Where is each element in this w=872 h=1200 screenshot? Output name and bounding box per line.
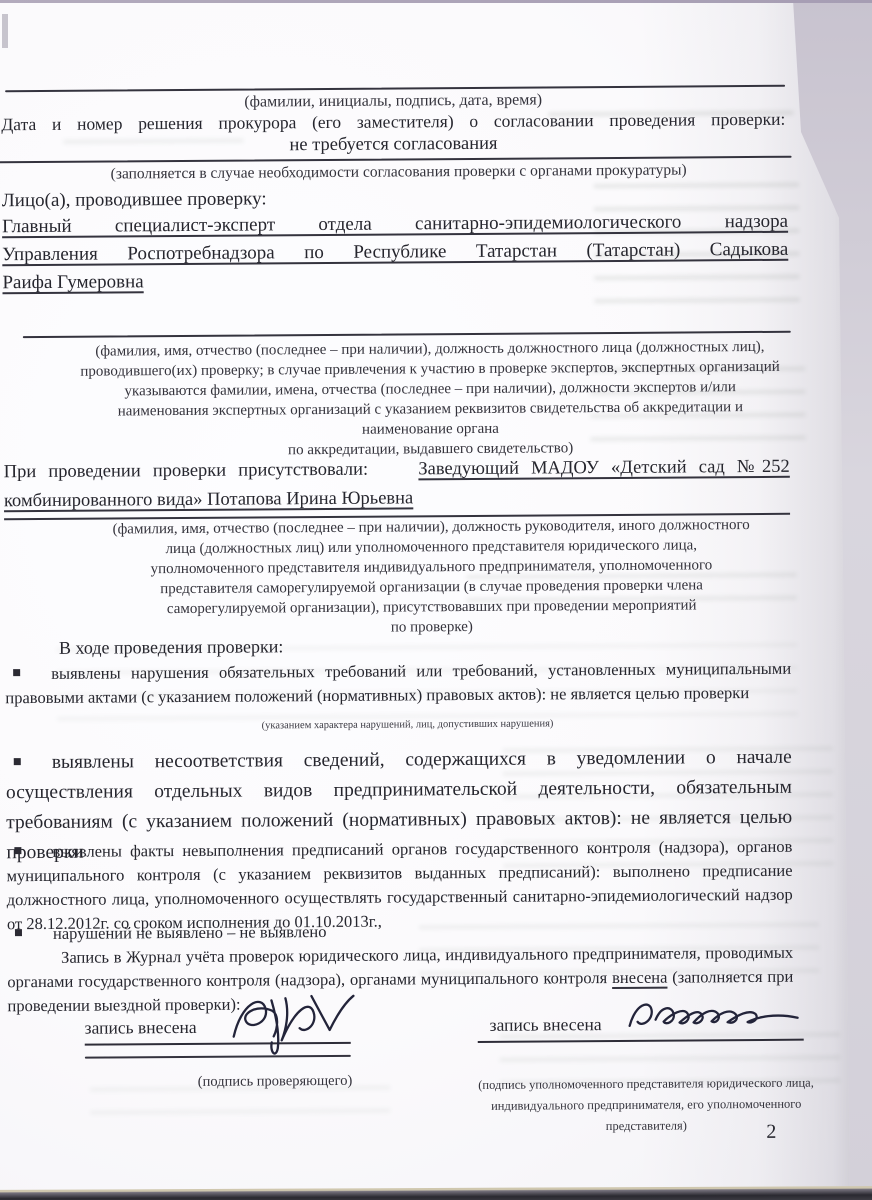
journal-entered-word: внесена — [612, 968, 667, 987]
ruled-line — [85, 1055, 351, 1059]
bullet-icon — [14, 758, 21, 765]
inspector-caption: (фамилия, имя, отчество (последнее – при… — [15, 336, 846, 462]
record-entered-label: запись внесена — [478, 1014, 602, 1035]
inspector-value-line3: Раифа Гумеровна — [2, 271, 143, 294]
bullet-icon — [13, 669, 20, 676]
document-content: (фамилии, инициалы, подпись, дата, время… — [0, 0, 872, 1200]
present-label: При проведении проверки присутствовали: — [4, 460, 369, 483]
finding-violations: выявлены нарушения обязательных требован… — [5, 657, 791, 710]
prosecutor-caption: (заполняется в случае необходимости согл… — [0, 161, 804, 185]
bullet-icon — [14, 847, 21, 854]
inspector-signature — [227, 988, 357, 1055]
caption-line: индивидуального предпринимателя, его упо… — [460, 1093, 832, 1117]
bullet-icon — [15, 929, 22, 936]
violations-caption: (указанием характера нарушений, лиц, доп… — [0, 717, 818, 734]
representative-signature — [625, 991, 801, 1036]
caption-line: (подпись уполномоченного представителя ю… — [460, 1072, 832, 1096]
left-signature-caption: (подпись проверяющего) — [100, 1072, 450, 1091]
inspector-value-line2: Управления Роспотребнадзора по Республик… — [2, 239, 788, 266]
present-paragraph: При проведении проверки присутствовали: … — [4, 453, 790, 520]
present-caption: (фамилия, имя, отчество (последнее – при… — [16, 514, 847, 640]
finding-text: выявлены нарушения обязательных требован… — [5, 657, 791, 710]
caption-line: представителя) — [460, 1114, 832, 1138]
inspector-label: Лицо(а), проводившее проверку: — [2, 188, 267, 212]
prosecutor-decision-value: не требуется согласования — [0, 132, 794, 159]
scanned-document-page: (фамилии, инициалы, подпись, дата, время… — [0, 0, 872, 1200]
right-signature-caption: (подпись уполномоченного представителя ю… — [460, 1072, 832, 1138]
record-entered-label: запись внесена — [85, 1017, 197, 1038]
page-number: 2 — [766, 1121, 776, 1144]
prosecutor-decision-label: Дата и номер решения прокурора (его заме… — [1, 109, 785, 135]
course-label: В ходе проведения проверки: — [59, 636, 283, 659]
inspector-value-line1: Главный специалист-эксперт отдела санита… — [2, 211, 788, 238]
